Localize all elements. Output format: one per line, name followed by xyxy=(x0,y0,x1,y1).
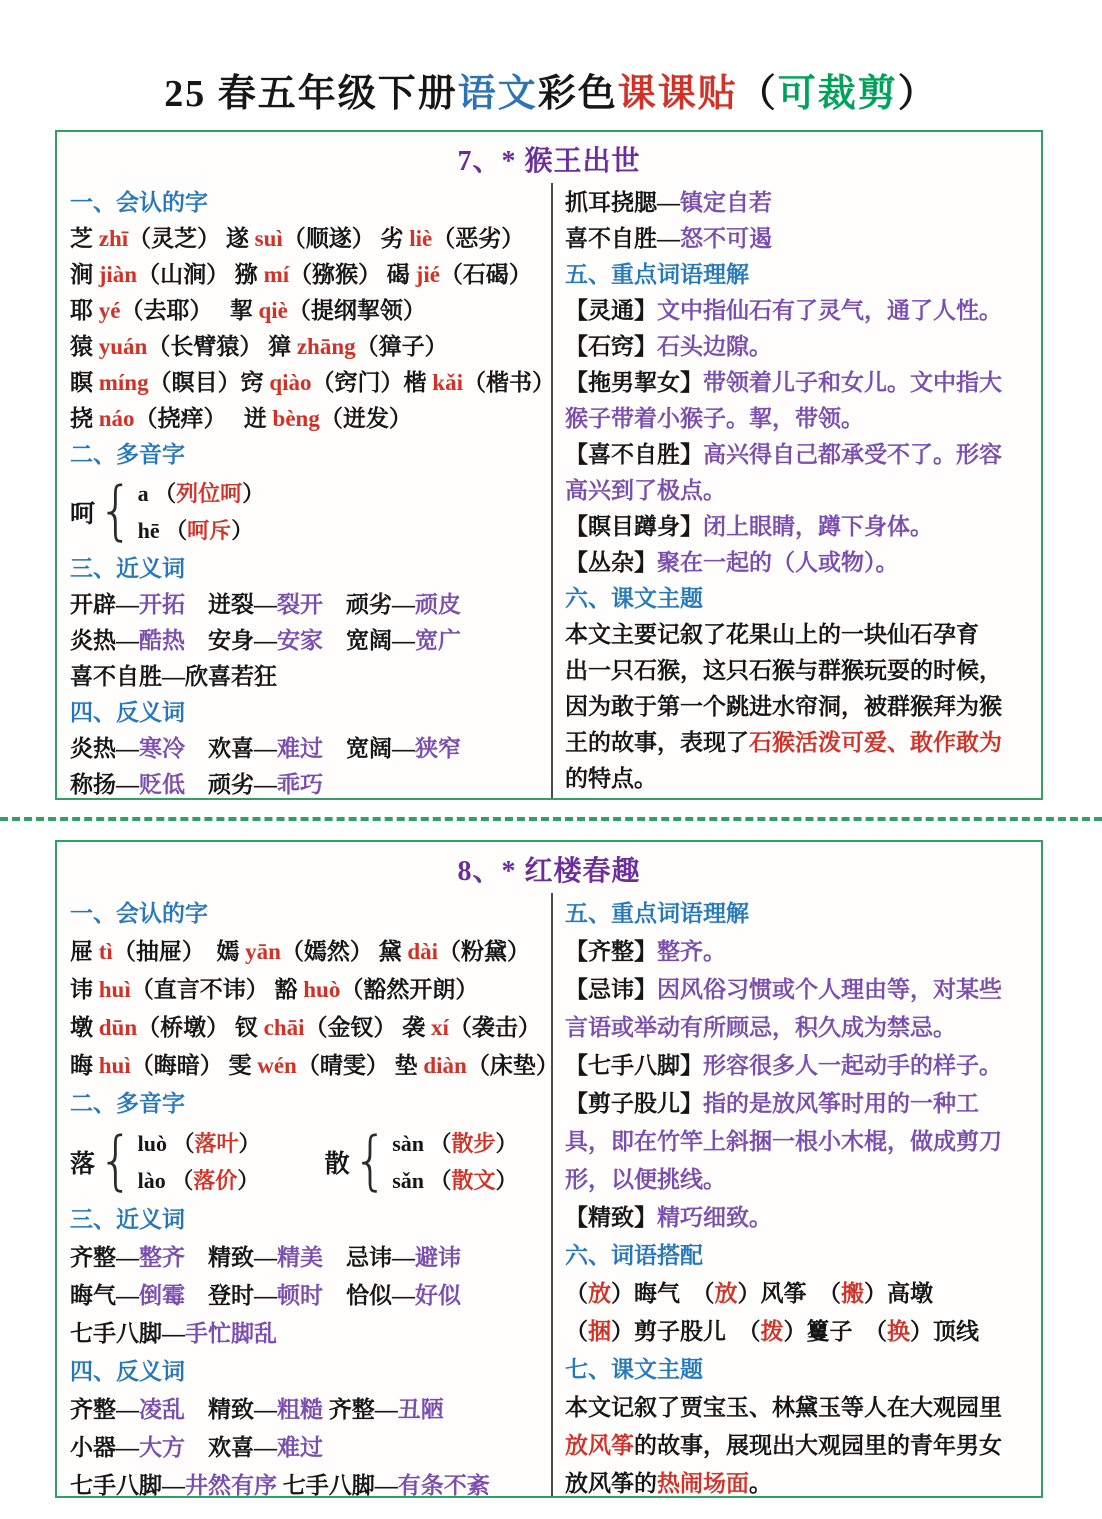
text-segment: 。 xyxy=(749,1471,772,1496)
text-segment: 倒霉 xyxy=(139,1283,185,1308)
text-segment: 井然有序 xyxy=(185,1473,277,1496)
text-segment: 难过 xyxy=(277,1435,323,1460)
text-segment: 整齐 xyxy=(139,1245,185,1270)
text-segment: 七手八脚— xyxy=(70,1473,185,1496)
text-segment: 忌讳— xyxy=(323,1245,415,1270)
text-segment: （床垫） xyxy=(467,1053,551,1078)
lesson-7-left-column: 一、会认的字芝 zhī（灵芝） 遂 suì（顺遂） 劣 liè（恶劣）涧 jià… xyxy=(57,183,551,798)
section-heading: 四、反义词 xyxy=(70,1353,543,1391)
text-line: 王的故事，表现了石猴活泼可爱、敢作敢为 xyxy=(565,725,1035,761)
text-line: 开辟—开拓 迸裂—裂开 顽劣—顽皮 xyxy=(70,587,543,623)
polyphone-reading-line: luò （落叶） xyxy=(138,1125,261,1162)
text-segment: 避讳 xyxy=(415,1245,461,1270)
text-line: 喜不自胜—怒不可遏 xyxy=(565,221,1035,257)
text-segment: 凌乱 xyxy=(139,1397,185,1422)
text-segment: 列位呵 xyxy=(176,481,242,506)
text-segment: 【丛杂】 xyxy=(565,550,657,575)
text-segment: 墩 xyxy=(70,1015,99,1040)
text-segment: 宽阔— xyxy=(323,736,415,761)
text-segment: 小器— xyxy=(70,1435,139,1460)
section-heading: 六、词语搭配 xyxy=(565,1237,1035,1275)
text-segment: 因风俗习惯或个人理由等，对某些 xyxy=(657,977,1002,1002)
text-segment: 猴子带着小猴子。挈，带领。 xyxy=(565,406,864,431)
text-segment: suì xyxy=(255,226,283,251)
text-line: 炎热—酷热 安身—安家 宽阔—宽广 xyxy=(70,623,543,659)
text-line: 【瞑目蹲身】闭上眼睛，蹲下身体。 xyxy=(565,509,1035,545)
text-segment: 讳 xyxy=(70,977,99,1002)
text-segment: 开辟— xyxy=(70,592,139,617)
text-segment: 寒冷 xyxy=(139,736,185,761)
text-segment: 称扬— xyxy=(70,772,139,797)
text-segment: ） xyxy=(496,1131,518,1156)
text-segment: 欢喜— xyxy=(185,736,277,761)
text-line: 七手八脚—井然有序 七手八脚—有条不紊 xyxy=(70,1467,543,1496)
text-segment: 顽皮 xyxy=(415,592,461,617)
text-line: 放风筝的热闹场面。 xyxy=(565,1465,1035,1496)
text-segment: a xyxy=(138,481,155,506)
text-segment: 抓耳挠腮— xyxy=(565,190,680,215)
text-segment: huò xyxy=(303,977,340,1002)
lesson-8-left-column: 一、会认的字屉 tì（抽屉） 嫣 yān（嫣然） 黛 dài（粉黛）讳 huì（… xyxy=(57,893,551,1496)
text-segment: 好似 xyxy=(415,1283,461,1308)
text-segment: 石头边隙。 xyxy=(657,334,772,359)
text-line: 晦 huì（晦暗） 雯 wén（晴雯） 垫 diàn（床垫） xyxy=(70,1047,543,1085)
text-segment: 【剪子股儿】 xyxy=(565,1091,703,1116)
text-segment: 开拓 xyxy=(139,592,185,617)
text-segment: liè xyxy=(409,226,432,251)
text-segment: 形容很多人一起动手的样子。 xyxy=(703,1053,1002,1078)
text-line: （放）晦气 （放）风筝 （搬）高墩 xyxy=(565,1275,1035,1313)
text-segment: 25 春五年级下册 xyxy=(164,73,458,115)
text-segment: 呵斥 xyxy=(187,518,231,543)
text-segment: 【七手八脚】 xyxy=(565,1053,703,1078)
text-segment: ）风筝 （ xyxy=(738,1281,842,1306)
text-segment: （顺遂） 劣 xyxy=(283,226,410,251)
text-segment: 乖巧 xyxy=(277,772,323,797)
text-segment: 恰似— xyxy=(323,1283,415,1308)
text-segment: （晦暗） 雯 xyxy=(131,1053,258,1078)
text-line: 的特点。 xyxy=(565,761,1035,797)
text-segment: 课课贴 xyxy=(618,73,738,115)
text-line: 芝 zhī（灵芝） 遂 suì（顺遂） 劣 liè（恶劣） xyxy=(70,221,543,257)
text-segment: （ xyxy=(430,1168,452,1193)
text-segment: （豁然开朗） xyxy=(340,977,478,1002)
text-segment: 落叶 xyxy=(195,1131,239,1156)
text-segment: 指的是放风筝时用的一种工 xyxy=(703,1091,979,1116)
text-segment: 放 xyxy=(588,1281,611,1306)
text-segment: dūn xyxy=(99,1015,137,1040)
lesson-8-right-column: 五、重点词语理解【齐整】整齐。【忌讳】因风俗习惯或个人理由等，对某些言语或举动有… xyxy=(551,893,1041,1496)
text-line: 齐整—整齐 精致—精美 忌讳—避讳 xyxy=(70,1239,543,1277)
text-segment: （ xyxy=(430,1131,452,1156)
page-title: 25 春五年级下册语文彩色课课贴（可裁剪） xyxy=(0,62,1102,117)
text-segment: 文中指仙石有了灵气，通了人性。 xyxy=(657,298,1002,323)
text-segment: （ xyxy=(565,1319,588,1344)
text-segment: ）剪子股儿 （ xyxy=(611,1319,761,1344)
text-segment: （灵芝） 遂 xyxy=(128,226,255,251)
text-segment: 【忌讳】 xyxy=(565,977,657,1002)
text-segment: 因为敢于第一个跳进水帘洞，被群猴拜为猴 xyxy=(565,694,1002,719)
text-segment: ） xyxy=(239,1131,261,1156)
text-segment: mí xyxy=(264,262,290,287)
text-line: 齐整—凌乱 精致—粗糙 齐整—丑陋 xyxy=(70,1391,543,1429)
text-segment: 【灵通】 xyxy=(565,298,657,323)
polyphone-readings: a （列位呵）hē （呵斥） xyxy=(138,475,265,549)
polyphone-character: 散 xyxy=(325,1144,350,1180)
text-segment: míng xyxy=(99,370,149,395)
text-segment: 放风筝 xyxy=(565,1433,634,1458)
brace-icon: { xyxy=(98,1130,134,1194)
text-segment: 迸裂— xyxy=(185,592,277,617)
text-segment: （袭击） xyxy=(449,1015,541,1040)
text-segment: 喜不自胜—欣喜若狂 xyxy=(70,664,277,689)
text-segment: 搬 xyxy=(841,1281,864,1306)
polyphone-reading-line: hē （呵斥） xyxy=(138,512,265,549)
text-line: 【七手八脚】形容很多人一起动手的样子。 xyxy=(565,1047,1035,1085)
text-segment: 酷热 xyxy=(139,628,185,653)
text-segment: （晴雯） 垫 xyxy=(297,1053,424,1078)
text-segment: ）高墩 xyxy=(864,1281,933,1306)
text-segment: 【瞑目蹲身】 xyxy=(565,514,703,539)
text-segment: （ xyxy=(171,1168,193,1193)
text-segment: （ xyxy=(165,518,187,543)
text-segment: 散步 xyxy=(452,1131,496,1156)
section-heading: 一、会认的字 xyxy=(70,185,543,221)
text-line: （捆）剪子股儿 （拨）籰子 （换）顶线 xyxy=(565,1313,1035,1351)
polyphone-character: 呵 xyxy=(70,494,95,530)
text-line: 称扬—贬低 顽劣—乖巧 xyxy=(70,767,543,798)
text-segment: （ xyxy=(738,73,778,115)
text-line: 【灵通】文中指仙石有了灵气，通了人性。 xyxy=(565,293,1035,329)
polyphone-readings: sàn （散步）sǎn （散文） xyxy=(392,1125,517,1199)
text-segment: 石猴活泼可爱、敢作敢为 xyxy=(749,730,1002,755)
text-line: 本文主要记叙了花果山上的一块仙石孕育 xyxy=(565,617,1035,653)
text-segment: zhī xyxy=(99,226,128,251)
text-segment: luò xyxy=(138,1131,173,1156)
text-segment: 精致— xyxy=(185,1245,277,1270)
text-segment: ）顶线 xyxy=(910,1319,979,1344)
text-line: 【齐整】整齐。 xyxy=(565,933,1035,971)
text-segment: （挠痒） 迸 xyxy=(135,406,273,431)
text-line: 讳 huì（直言不讳） 豁 huò（豁然开朗） xyxy=(70,971,543,1009)
text-segment: 怒不可遏 xyxy=(680,226,772,251)
text-segment: 【精致】 xyxy=(565,1205,657,1230)
text-segment: 登时— xyxy=(185,1283,277,1308)
text-segment: 贬低 xyxy=(139,772,185,797)
brace-icon: { xyxy=(98,480,134,544)
text-segment: （山涧） 猕 xyxy=(137,262,264,287)
text-segment: 裂开 xyxy=(277,592,323,617)
text-segment: 顽劣— xyxy=(185,772,277,797)
text-segment: kǎi xyxy=(432,370,463,395)
text-line: 【忌讳】因风俗习惯或个人理由等，对某些 xyxy=(565,971,1035,1009)
text-segment: 语文 xyxy=(458,73,538,115)
text-segment: 欢喜— xyxy=(185,1435,277,1460)
text-segment: 瞑 xyxy=(70,370,99,395)
text-segment: ）籰子 （ xyxy=(784,1319,888,1344)
text-segment: （抽屉） 嫣 xyxy=(113,939,245,964)
text-line: 挠 náo（挠痒） 迸 bèng（迸发） xyxy=(70,401,543,437)
text-segment: 可裁剪 xyxy=(778,73,898,115)
text-segment: 齐整— xyxy=(323,1397,398,1422)
polyphone-character: 落 xyxy=(70,1144,95,1180)
text-segment: （恶劣） xyxy=(432,226,524,251)
text-segment: 粗糙 xyxy=(277,1397,323,1422)
text-segment: 七手八脚— xyxy=(70,1321,185,1346)
text-segment: 顽劣— xyxy=(323,592,415,617)
text-segment: ） xyxy=(242,481,264,506)
text-segment: 彩色 xyxy=(538,73,618,115)
text-segment: 安身— xyxy=(185,628,277,653)
text-segment: 狭窄 xyxy=(415,736,461,761)
brace-icon: { xyxy=(353,1130,389,1194)
text-line: 放风筝的故事，展现出大观园里的青年男女 xyxy=(565,1427,1035,1465)
section-heading: 一、会认的字 xyxy=(70,895,543,933)
text-line: 猴子带着小猴子。挈，带领。 xyxy=(565,401,1035,437)
text-segment: 换 xyxy=(887,1319,910,1344)
text-segment: （ xyxy=(565,1281,588,1306)
polyphone-brace: 散{sàn （散步）sǎn （散文） xyxy=(325,1125,518,1199)
text-segment: 手忙脚乱 xyxy=(185,1321,277,1346)
text-segment: 晦 xyxy=(70,1053,99,1078)
text-line: 因为敢于第一个跳进水帘洞，被群猴拜为猴 xyxy=(565,689,1035,725)
text-segment: 安家 xyxy=(277,628,323,653)
text-segment: xí xyxy=(431,1015,449,1040)
text-line: 炎热—寒冷 欢喜—难过 宽阔—狭窄 xyxy=(70,731,543,767)
text-segment: 形，以便挑线。 xyxy=(565,1167,726,1192)
text-segment: 炎热— xyxy=(70,628,139,653)
polyphone-reading-line: sàn （散步） xyxy=(392,1125,517,1162)
text-segment: 具，即在竹竿上斜捆一根小木棍，做成剪刀 xyxy=(565,1129,1002,1154)
text-line: 形，以便挑线。 xyxy=(565,1161,1035,1199)
section-heading: 五、重点词语理解 xyxy=(565,895,1035,933)
text-segment: 拨 xyxy=(761,1319,784,1344)
text-segment: （粉黛） xyxy=(438,939,530,964)
text-segment: qiào xyxy=(269,370,311,395)
text-segment: náo xyxy=(99,406,135,431)
text-line: 墩 dūn（桥墩） 钗 chāi（金钗） 袭 xí（袭击） xyxy=(70,1009,543,1047)
text-line: 言语或举动有所顾忌，积久成为禁忌。 xyxy=(565,1009,1035,1047)
text-segment: 精巧细致。 xyxy=(657,1205,772,1230)
polyphone-reading-line: lào （落价） xyxy=(138,1162,261,1199)
text-segment: （獐子） xyxy=(356,334,448,359)
lesson-7-columns: 一、会认的字芝 zhī（灵芝） 遂 suì（顺遂） 劣 liè（恶劣）涧 jià… xyxy=(57,183,1041,798)
text-segment: yuán xyxy=(99,334,148,359)
text-segment: sàn xyxy=(392,1131,429,1156)
section-heading: 五、重点词语理解 xyxy=(565,257,1035,293)
text-segment: sǎn xyxy=(392,1168,429,1193)
text-segment: 晦气— xyxy=(70,1283,139,1308)
text-segment: 芝 xyxy=(70,226,99,251)
text-segment: 宽阔— xyxy=(323,628,415,653)
text-segment: （ xyxy=(154,481,176,506)
text-segment: 的故事，展现出大观园里的青年男女 xyxy=(634,1433,1002,1458)
text-segment: 整齐。 xyxy=(657,939,726,964)
polyphone-row: 呵{a （列位呵）hē （呵斥） xyxy=(70,475,543,549)
text-segment: （石碣） xyxy=(440,262,532,287)
text-segment: 聚在一起的（人或物）。 xyxy=(657,550,899,575)
text-segment: （猕猴） 碣 xyxy=(289,262,416,287)
text-segment: 本文主要记叙了花果山上的一块仙石孕育 xyxy=(565,622,979,647)
text-segment: lào xyxy=(138,1168,172,1193)
text-segment: ） xyxy=(898,73,938,115)
text-segment: 【石窍】 xyxy=(565,334,657,359)
text-segment: hē xyxy=(138,518,166,543)
lesson-8-header: 8、* 红楼春趣 xyxy=(57,842,1041,893)
text-segment: （嫣然） 黛 xyxy=(281,939,408,964)
text-segment: tì xyxy=(99,939,113,964)
text-line: 【精致】精巧细致。 xyxy=(565,1199,1035,1237)
text-segment: 带领着儿子和女儿。文中指大 xyxy=(703,370,1002,395)
section-heading: 六、课文主题 xyxy=(565,581,1035,617)
text-segment: jiàn xyxy=(99,262,137,287)
text-segment: 闭上眼睛，蹲下身体。 xyxy=(703,514,933,539)
text-segment: jié xyxy=(416,262,440,287)
text-segment: 高兴到了极点。 xyxy=(565,478,726,503)
text-line: 耶 yé（去耶） 挈 qiè（提纲挈领） xyxy=(70,293,543,329)
polyphone-readings: luò （落叶）lào （落价） xyxy=(138,1125,261,1199)
text-segment: 言语或举动有所顾忌，积久成为禁忌。 xyxy=(565,1015,956,1040)
text-line: 喜不自胜—欣喜若狂 xyxy=(70,659,543,695)
text-line: 晦气—倒霉 登时—顿时 恰似—好似 xyxy=(70,1277,543,1315)
text-segment: 炎热— xyxy=(70,736,139,761)
text-segment: 有条不紊 xyxy=(398,1473,490,1496)
text-segment: （金钗） 袭 xyxy=(305,1015,432,1040)
text-segment: 落价 xyxy=(193,1168,237,1193)
lesson-7-header: 7、* 猴王出世 xyxy=(57,132,1041,183)
text-segment: ） xyxy=(231,518,253,543)
text-line: 瞑 míng（瞑目）窍 qiào（窍门）楷 kǎi（楷书） xyxy=(70,365,543,401)
section-heading: 四、反义词 xyxy=(70,695,543,731)
text-line: 七手八脚—手忙脚乱 xyxy=(70,1315,543,1353)
text-segment: （楷书） xyxy=(463,370,551,395)
polyphone-reading-line: a （列位呵） xyxy=(138,475,265,512)
text-segment: ）晦气 （ xyxy=(611,1281,715,1306)
polyphone-brace: 呵{a （列位呵）hē （呵斥） xyxy=(70,475,264,549)
text-line: 【丛杂】聚在一起的（人或物）。 xyxy=(565,545,1035,581)
text-line: 【石窍】石头边隙。 xyxy=(565,329,1035,365)
text-segment: 【齐整】 xyxy=(565,939,657,964)
text-segment: 屉 xyxy=(70,939,99,964)
lesson-7-card: 7、* 猴王出世 一、会认的字芝 zhī（灵芝） 遂 suì（顺遂） 劣 liè… xyxy=(55,130,1043,800)
text-segment: 顿时 xyxy=(277,1283,323,1308)
text-segment: 本文记叙了贾宝玉、林黛玉等人在大观园里 xyxy=(565,1395,1002,1420)
text-segment: 放 xyxy=(715,1281,738,1306)
text-segment: 【喜不自胜】 xyxy=(565,442,703,467)
text-segment: 喜不自胜— xyxy=(565,226,680,251)
text-segment: bèng xyxy=(273,406,320,431)
text-segment: zhāng xyxy=(297,334,356,359)
text-segment: yé xyxy=(99,298,121,323)
text-segment: 的特点。 xyxy=(565,766,657,791)
text-segment: huì xyxy=(99,1053,131,1078)
text-segment: ） xyxy=(237,1168,259,1193)
text-segment: （直言不讳） 豁 xyxy=(131,977,304,1002)
text-segment: （去耶） 挈 xyxy=(120,298,258,323)
text-line: 抓耳挠腮—镇定自若 xyxy=(565,185,1035,221)
text-line: 【拖男挈女】带领着儿子和女儿。文中指大 xyxy=(565,365,1035,401)
text-segment: 镇定自若 xyxy=(680,190,772,215)
text-segment: 涧 xyxy=(70,262,99,287)
text-segment: 王的故事，表现了 xyxy=(565,730,749,755)
text-segment: 热闹场面 xyxy=(657,1471,749,1496)
text-segment: 大方 xyxy=(139,1435,185,1460)
text-segment: yān xyxy=(245,939,281,964)
text-segment: 【拖男挈女】 xyxy=(565,370,703,395)
lesson-8-columns: 一、会认的字屉 tì（抽屉） 嫣 yān（嫣然） 黛 dài（粉黛）讳 huì（… xyxy=(57,893,1041,1496)
text-line: 本文记叙了贾宝玉、林黛玉等人在大观园里 xyxy=(565,1389,1035,1427)
text-line: 出一只石猴，这只石猴与群猴玩耍的时候， xyxy=(565,653,1035,689)
text-segment: （ xyxy=(173,1131,195,1156)
text-segment: 精致— xyxy=(185,1397,277,1422)
text-segment: dài xyxy=(407,939,438,964)
text-segment: qiè xyxy=(258,298,287,323)
text-segment: 宽广 xyxy=(415,628,461,653)
text-segment: 精美 xyxy=(277,1245,323,1270)
text-segment: 放风筝的 xyxy=(565,1471,657,1496)
section-heading: 三、近义词 xyxy=(70,1201,543,1239)
text-segment: （窍门）楷 xyxy=(312,370,433,395)
text-segment: chāi xyxy=(264,1015,305,1040)
text-segment: ） xyxy=(496,1168,518,1193)
text-segment: 耶 xyxy=(70,298,99,323)
section-heading: 二、多音字 xyxy=(70,1085,543,1123)
section-heading: 二、多音字 xyxy=(70,437,543,473)
text-segment: 出一只石猴，这只石猴与群猴玩耍的时候， xyxy=(565,658,1002,683)
text-segment: （长臂猿） 獐 xyxy=(147,334,297,359)
polyphone-reading-line: sǎn （散文） xyxy=(392,1162,517,1199)
text-segment: diàn xyxy=(423,1053,466,1078)
section-heading: 三、近义词 xyxy=(70,551,543,587)
text-line: 屉 tì（抽屉） 嫣 yān（嫣然） 黛 dài（粉黛） xyxy=(70,933,543,971)
text-segment: （迸发） xyxy=(320,406,412,431)
text-segment: 捆 xyxy=(588,1319,611,1344)
polyphone-row: 落{luò （落叶）lào （落价）散{sàn （散步）sǎn （散文） xyxy=(70,1125,543,1199)
text-segment: 丑陋 xyxy=(398,1397,444,1422)
text-segment: 齐整— xyxy=(70,1245,139,1270)
text-segment: 齐整— xyxy=(70,1397,139,1422)
text-segment: （桥墩） 钗 xyxy=(137,1015,264,1040)
lesson-8-card: 8、* 红楼春趣 一、会认的字屉 tì（抽屉） 嫣 yān（嫣然） 黛 dài（… xyxy=(55,840,1043,1498)
section-heading: 七、课文主题 xyxy=(565,1351,1035,1389)
text-segment: 挠 xyxy=(70,406,99,431)
text-line: 具，即在竹竿上斜捆一根小木棍，做成剪刀 xyxy=(565,1123,1035,1161)
text-segment: 高兴得自己都承受不了。形容 xyxy=(703,442,1002,467)
lesson-7-right-column: 抓耳挠腮—镇定自若喜不自胜—怒不可遏五、重点词语理解【灵通】文中指仙石有了灵气，… xyxy=(551,183,1041,798)
text-segment: 难过 xyxy=(277,736,323,761)
text-line: 【剪子股儿】指的是放风筝时用的一种工 xyxy=(565,1085,1035,1123)
cut-line-divider xyxy=(0,817,1102,821)
text-line: 猿 yuán（长臂猿） 獐 zhāng（獐子） xyxy=(70,329,543,365)
text-segment: wén xyxy=(257,1053,297,1078)
text-segment: 猿 xyxy=(70,334,99,359)
text-segment: （提纲挈领） xyxy=(288,298,426,323)
text-line: 高兴到了极点。 xyxy=(565,473,1035,509)
text-line: 涧 jiàn（山涧） 猕 mí（猕猴） 碣 jié（石碣） xyxy=(70,257,543,293)
text-line: 【喜不自胜】高兴得自己都承受不了。形容 xyxy=(565,437,1035,473)
text-segment: 七手八脚— xyxy=(277,1473,398,1496)
text-line: 小器—大方 欢喜—难过 xyxy=(70,1429,543,1467)
text-segment: huì xyxy=(99,977,131,1002)
text-segment: 散文 xyxy=(452,1168,496,1193)
text-segment: （瞑目）窍 xyxy=(149,370,270,395)
polyphone-brace: 落{luò （落叶）lào （落价） xyxy=(70,1125,261,1199)
